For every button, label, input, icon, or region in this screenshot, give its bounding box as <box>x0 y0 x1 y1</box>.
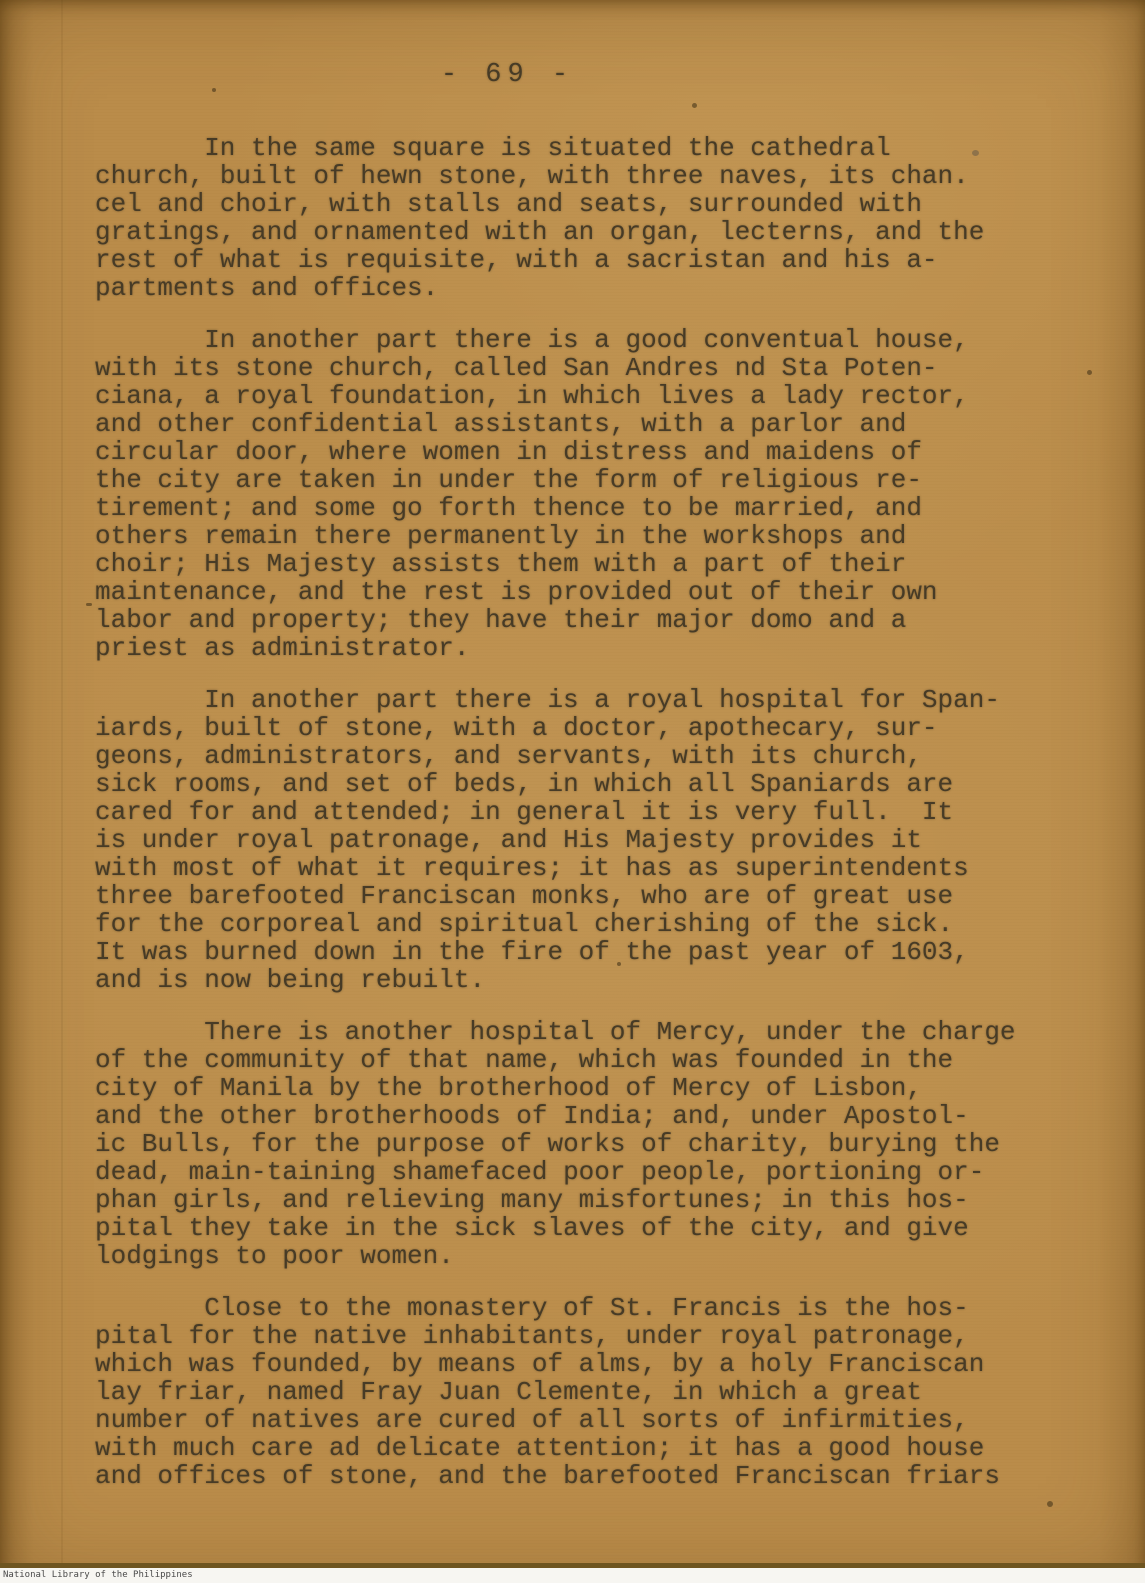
paragraph: In another part there is a good conventu… <box>95 326 1055 662</box>
paper-speck <box>212 88 216 92</box>
paragraph: There is another hospital of Mercy, unde… <box>95 1018 1055 1270</box>
paragraph: Close to the monastery of St. Francis is… <box>95 1294 1055 1490</box>
paper-speck <box>972 150 979 156</box>
scanned-document-page: - 69 - In the same square is situated th… <box>0 0 1145 1583</box>
paragraph: In the same square is situated the cathe… <box>95 134 1055 302</box>
paragraph: In another part there is a royal hospita… <box>95 686 1055 994</box>
paper-speck <box>86 603 92 606</box>
document-body: In the same square is situated the cathe… <box>95 134 1055 1490</box>
paper-speck <box>692 103 697 108</box>
footer-library-label: National Library of the Philippines <box>0 1568 193 1583</box>
page-number: - 69 - <box>0 60 1080 90</box>
paper-speck <box>617 962 621 966</box>
paper-crease <box>61 0 63 1563</box>
paper-speck <box>1087 370 1092 375</box>
paper-speck <box>1047 1501 1053 1507</box>
footer-strip: National Library of the Philippines <box>0 1568 1145 1583</box>
